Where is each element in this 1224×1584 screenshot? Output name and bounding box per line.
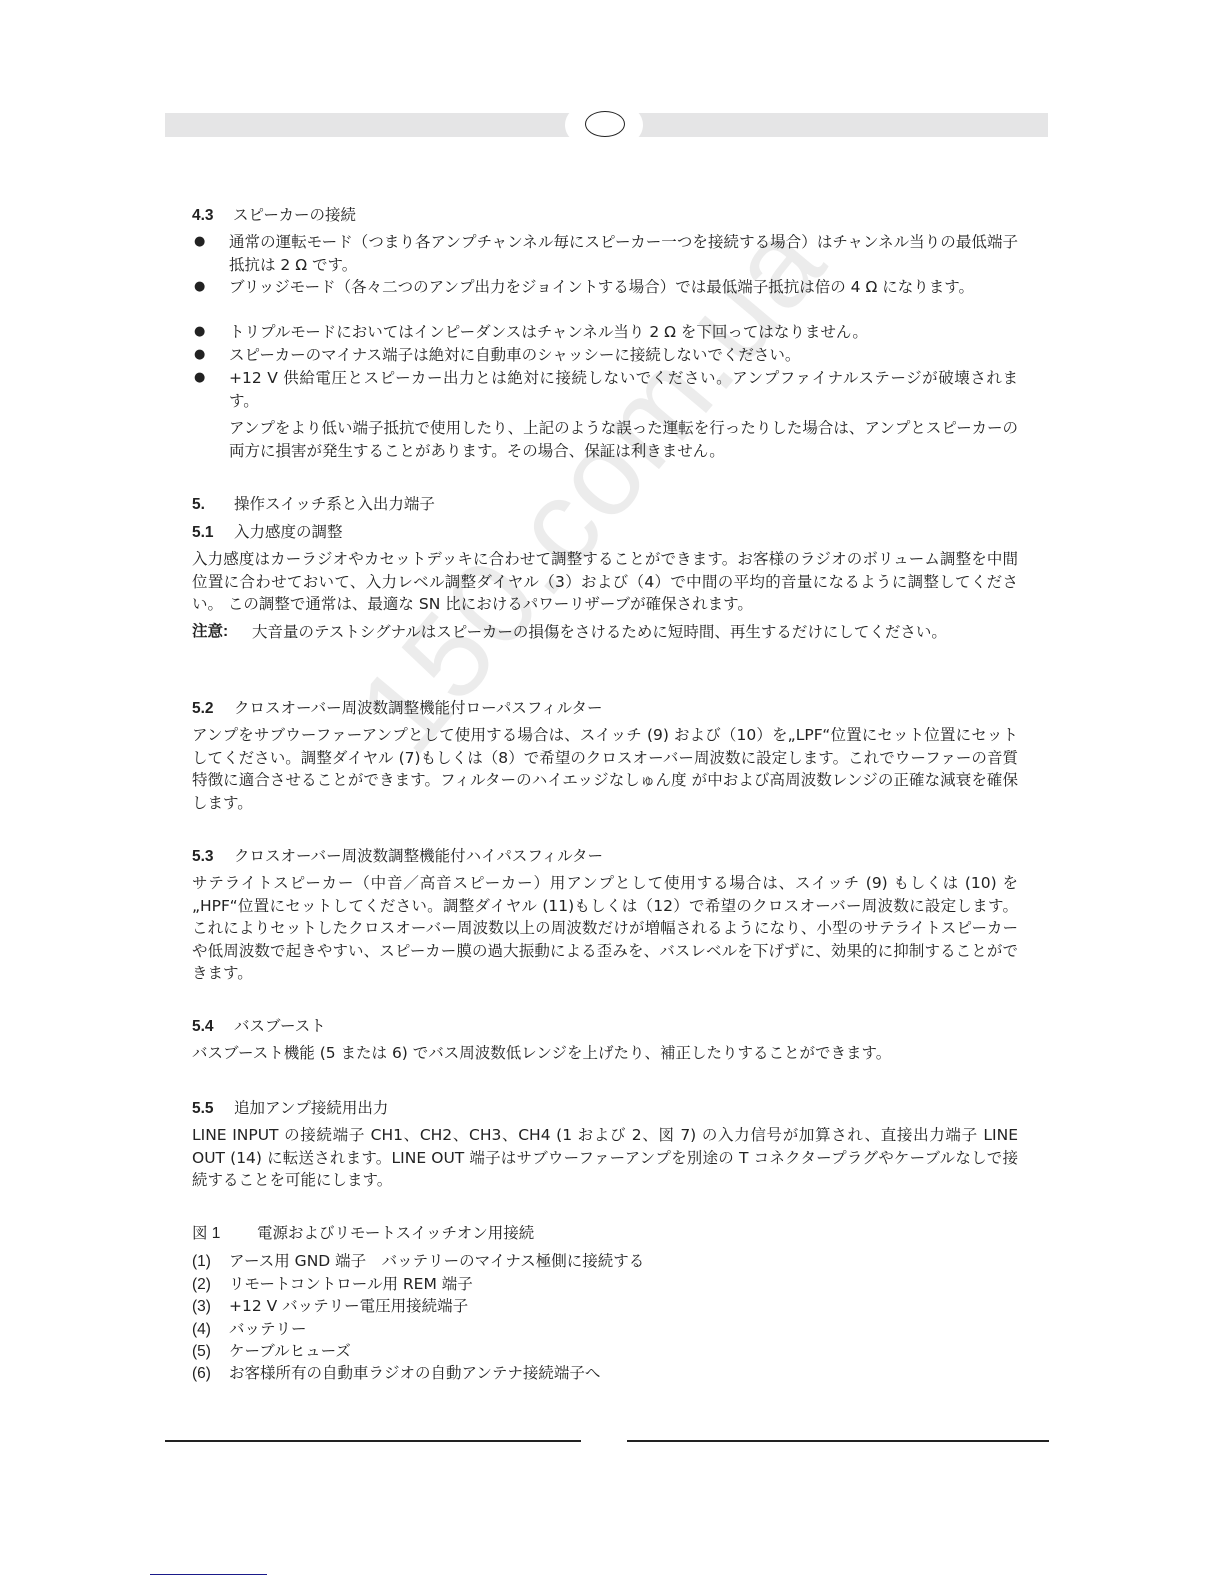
- bullet-icon: ●: [194, 231, 205, 254]
- item-index: (1): [192, 1251, 229, 1274]
- figure-list-item: (2)リモートコントロール用 REM 端子: [192, 1273, 473, 1297]
- figure-list-item: (1)アース用 GND 端子 バッテリーのマイナス極側に接続する: [192, 1250, 644, 1274]
- section-title: スピーカーの接続: [233, 206, 356, 224]
- section-title: 入力感度の調整: [234, 523, 343, 541]
- figure-list-item: (5)ケーブルヒューズ: [192, 1340, 351, 1364]
- item-index: (2): [192, 1274, 229, 1297]
- bullet-item: ● ブリッジモード（各々二つのアンプ出力をジョイントする場合）では最低端子抵抗は…: [192, 276, 1018, 299]
- section-body: 入力感度はカーラジオやカセットデッキに合わせて調整することができます。お客様のラ…: [192, 548, 1018, 616]
- bullet-icon: ●: [194, 321, 205, 344]
- section-heading-5-1: 5.1 入力感度の調整: [192, 521, 342, 545]
- figure-number: 図 1: [192, 1223, 252, 1246]
- figure-list-item: (4)バッテリー: [192, 1318, 307, 1342]
- bullet-item: ● スピーカーのマイナス端子は絶対に自動車のシャッシーに接続しないでください。: [192, 344, 1018, 367]
- figure-list-item: (3)+12 V バッテリー電圧用接続端子: [192, 1295, 468, 1319]
- bullet-icon: ●: [194, 367, 205, 390]
- bullet-icon: ●: [194, 276, 205, 299]
- bullet-text: ブリッジモード（各々二つのアンプ出力をジョイントする場合）では最低端子抵抗は倍の…: [229, 276, 1018, 299]
- item-text: バッテリー: [229, 1320, 307, 1338]
- section-number: 4.3: [192, 205, 228, 228]
- section-title: 操作スイッチ系と入出力端子: [234, 495, 435, 513]
- bullet-text: トリプルモードにおいてはインピーダンスはチャンネル当り 2 Ω を下回ってはなり…: [229, 321, 1018, 344]
- item-index: (3): [192, 1296, 229, 1319]
- section-heading-4-3: 4.3 スピーカーの接続: [192, 204, 356, 228]
- item-text: ケーブルヒューズ: [229, 1342, 351, 1360]
- section-body: アンプをサブウーファーアンプとして使用する場合は、スイッチ (9) および（10…: [192, 724, 1018, 814]
- bullet-item: ● 通常の運転モード（つまり各アンプチャンネル毎にスピーカー一つを接続する場合）…: [192, 231, 1018, 276]
- note-text: 大音量のテストシグナルはスピーカーの損傷をさけるために短時間、再生するだけにして…: [252, 621, 1018, 644]
- bullet-text: +12 V 供給電圧とスピーカー出力とは絶対に接続しないでください。アンプファイ…: [229, 367, 1018, 412]
- section-heading-5-3: 5.3 クロスオーバー周波数調整機能付ハイパスフィルター: [192, 845, 603, 869]
- item-text: リモートコントロール用 REM 端子: [229, 1275, 473, 1293]
- section-title: クロスオーバー周波数調整機能付ハイパスフィルター: [234, 847, 603, 865]
- bullet-text: 通常の運転モード（つまり各アンプチャンネル毎にスピーカー一つを接続する場合）はチ…: [229, 231, 1018, 276]
- footer-rule-left: [165, 1440, 581, 1442]
- section-number: 5.4: [192, 1016, 229, 1039]
- figure-list-item: (6)お客様所有の自動車ラジオの自動アンテナ接続端子へ: [192, 1362, 600, 1386]
- section-heading-5-4: 5.4 バスブースト: [192, 1015, 326, 1039]
- item-text: アース用 GND 端子 バッテリーのマイナス極側に接続する: [229, 1252, 644, 1270]
- section-title: 追加アンプ接続用出力: [234, 1099, 388, 1117]
- item-index: (5): [192, 1341, 229, 1364]
- warning-paragraph: アンプをより低い端子抵抗で使用したり、上記のような誤った運転を行ったりした場合は…: [229, 417, 1018, 462]
- section-body: バスブースト機能 (5 または 6) でバス周波数低レンジを上げたり、補正したり…: [192, 1042, 1018, 1065]
- section-body: サテライトスピーカー（中音／高音スピーカー）用アンプとして使用する場合は、スイッ…: [192, 872, 1018, 985]
- section-heading-5: 5. 操作スイッチ系と入出力端子: [192, 493, 435, 517]
- section-title: クロスオーバー周波数調整機能付ローパスフィルター: [234, 699, 603, 717]
- section-heading-5-5: 5.5 追加アンプ接続用出力: [192, 1097, 388, 1121]
- section-number: 5.2: [192, 698, 229, 721]
- item-text: +12 V バッテリー電圧用接続端子: [229, 1297, 468, 1315]
- section-number: 5.5: [192, 1098, 229, 1121]
- bullet-item: ● +12 V 供給電圧とスピーカー出力とは絶対に接続しないでください。アンプフ…: [192, 367, 1018, 412]
- section-heading-5-2: 5.2 クロスオーバー周波数調整機能付ローパスフィルター: [192, 697, 603, 721]
- item-text: お客様所有の自動車ラジオの自動アンテナ接続端子へ: [229, 1364, 600, 1382]
- oval-country-badge-icon: [585, 111, 625, 137]
- item-index: (6): [192, 1363, 229, 1386]
- bullet-icon: ●: [194, 344, 205, 367]
- section-number: 5.1: [192, 522, 229, 545]
- figure-heading: 図 1 電源およびリモートスイッチオン用接続: [192, 1222, 534, 1246]
- figure-title: 電源およびリモートスイッチオン用接続: [257, 1224, 534, 1242]
- note-label: 注意:: [192, 621, 228, 644]
- footer-link-underline: [150, 1574, 267, 1575]
- bullet-item: ● トリプルモードにおいてはインピーダンスはチャンネル当り 2 Ω を下回っては…: [192, 321, 1018, 344]
- section-body: LINE INPUT の接続端子 CH1、CH2、CH3、CH4 (1 および …: [192, 1124, 1018, 1192]
- bullet-text: スピーカーのマイナス端子は絶対に自動車のシャッシーに接続しないでください。: [229, 344, 1018, 367]
- section-number: 5.3: [192, 846, 229, 869]
- footer-rule-right: [627, 1440, 1049, 1442]
- section-number: 5.: [192, 494, 229, 517]
- section-title: バスブースト: [234, 1017, 326, 1035]
- item-index: (4): [192, 1319, 229, 1342]
